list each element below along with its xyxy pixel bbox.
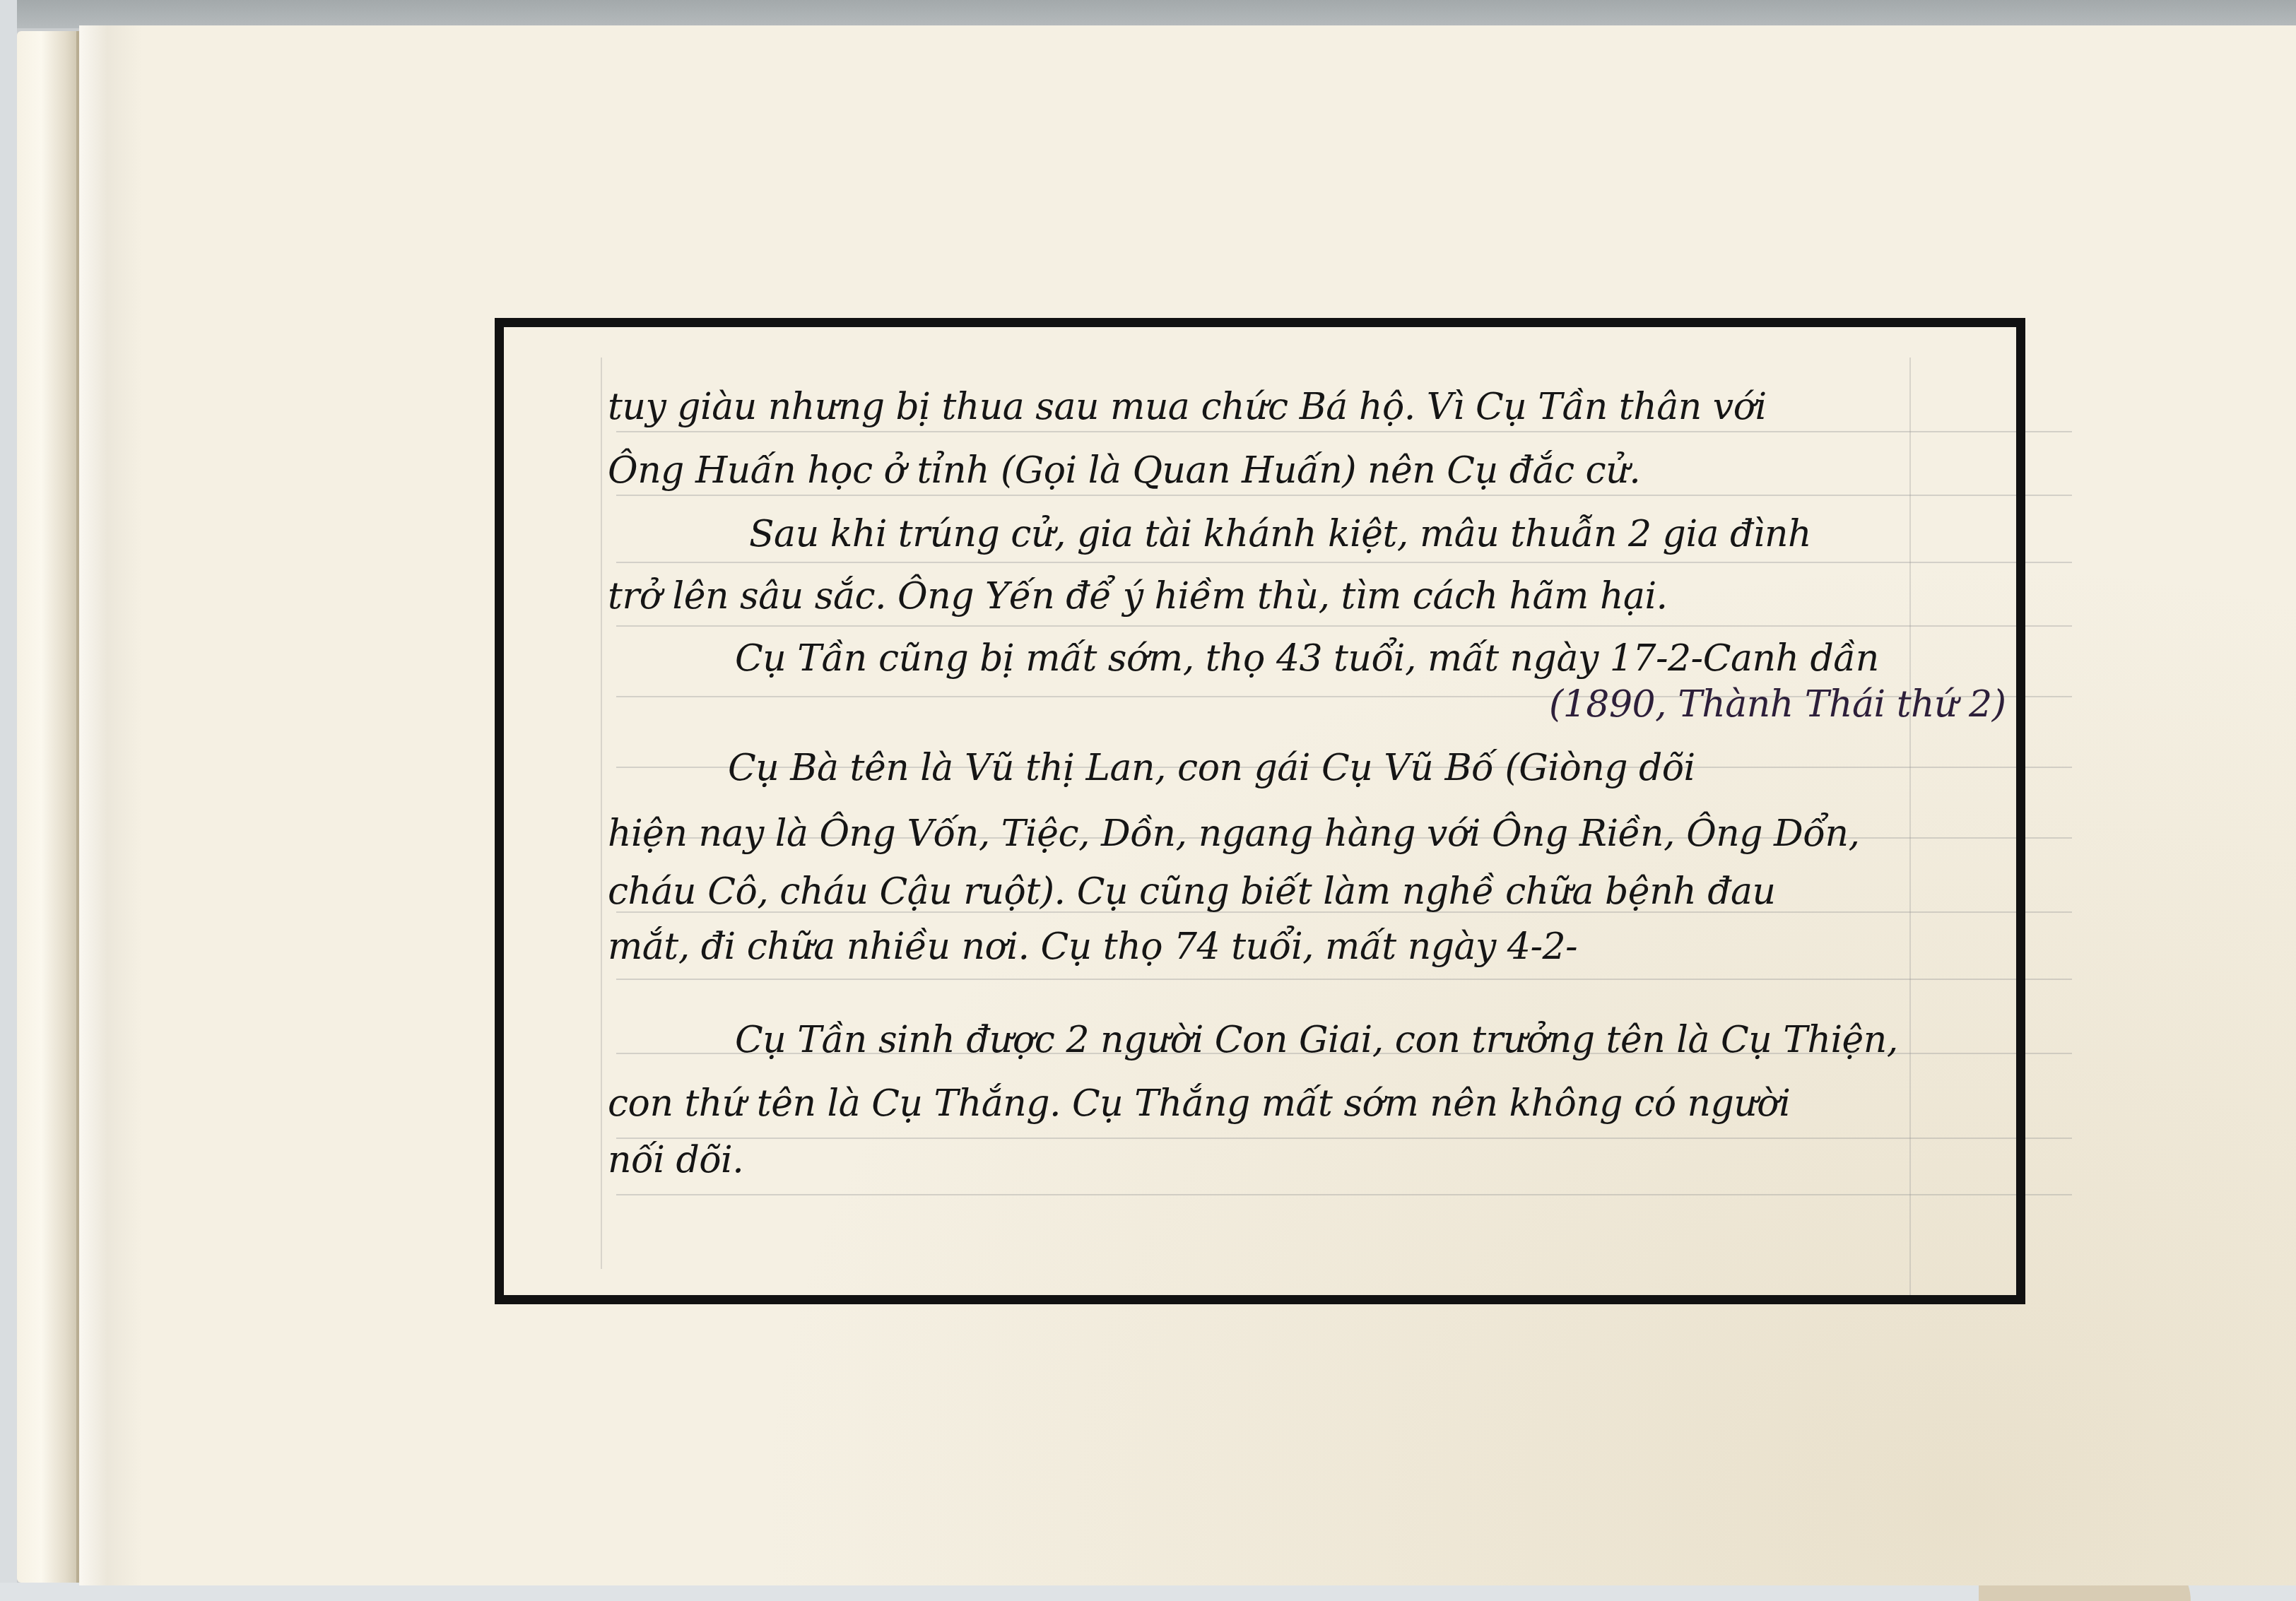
text-line-3: Sau khi trúng cử, gia tài khánh kiệt, mâ… — [749, 516, 1811, 553]
text-line-12: con thứ tên là Cụ Thắng. Cụ Thắng mất sớ… — [608, 1085, 1790, 1122]
text-line-8: hiện nay là Ông Vốn, Tiệc, Dồn, ngang hà… — [608, 815, 1860, 852]
text-line-9: cháu Cô, cháu Cậu ruột). Cụ cũng biết là… — [608, 873, 1775, 910]
text-line-13: nối dõi. — [608, 1142, 743, 1178]
text-line-1: tuy giàu nhưng bị thua sau mua chức Bá h… — [608, 389, 1767, 425]
text-line-6-date: (1890, Thành Thái thứ 2) — [1549, 686, 2006, 723]
text-line-10: mắt, đi chữa nhiều nơi. Cụ thọ 74 tuổi, … — [608, 928, 1577, 965]
text-line-2: Ông Huấn học ở tỉnh (Gọi là Quan Huấn) n… — [608, 452, 1640, 489]
text-line-11: Cụ Tần sinh được 2 người Con Giai, con t… — [735, 1022, 1898, 1058]
text-line-5: Cụ Tần cũng bị mất sớm, thọ 43 tuổi, mất… — [735, 640, 1879, 677]
scan-background-top — [0, 0, 2296, 28]
text-line-7: Cụ Bà tên là Vũ thị Lan, con gái Cụ Vũ B… — [728, 750, 1695, 786]
text-line-4: trở lên sâu sắc. Ông Yến để ý hiềm thù, … — [608, 578, 1668, 615]
book-binding-strip — [17, 31, 78, 1583]
scan-background-left — [0, 0, 17, 1601]
document-page: tuy giàu nhưng bị thua sau mua chức Bá h… — [79, 25, 2296, 1585]
